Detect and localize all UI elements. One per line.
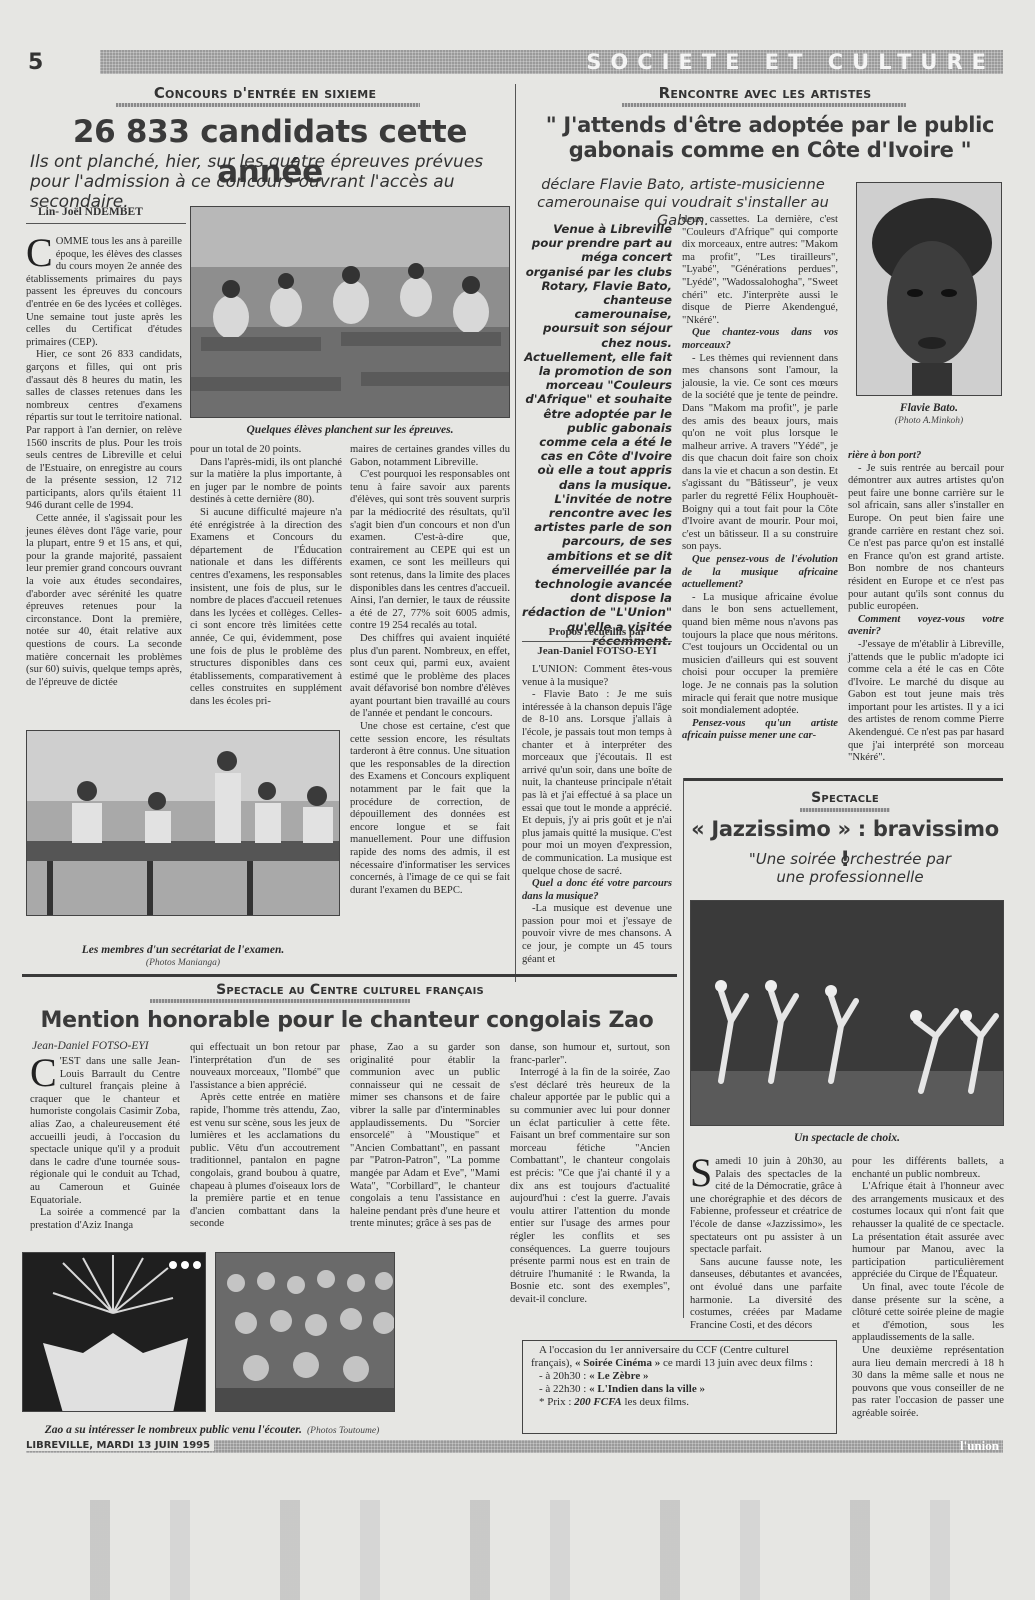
portrait-photo-icon bbox=[857, 183, 1002, 396]
cinema-film-1: - à 20h30 : « Le Zèbre » bbox=[531, 1370, 828, 1383]
zao-kicker-rule bbox=[150, 999, 410, 1003]
column-divider bbox=[515, 84, 516, 982]
portrait-credit: (Photo A.Minkoh) bbox=[856, 416, 1002, 426]
dropcap: C bbox=[30, 1057, 57, 1089]
jazzissimo-kicker-rule bbox=[800, 808, 890, 812]
rencontre-intro: Venue à Libreville pour prendre part au … bbox=[522, 222, 672, 648]
zao-photo-credit: (Photos Toutoume) bbox=[307, 1426, 379, 1436]
jazzissimo-col1: S amedi 10 juin à 20h30, au Palais des s… bbox=[690, 1156, 842, 1332]
concours-byline: Lin- Joël NDEMBET bbox=[38, 206, 143, 218]
dancers-photo bbox=[690, 900, 1004, 1126]
page-number: 5 bbox=[28, 50, 43, 75]
scan-artifact-strip bbox=[0, 1500, 1035, 1600]
jazzissimo-top-rule bbox=[683, 778, 1003, 781]
rencontre-byline-label: Propos recueillis par bbox=[522, 626, 672, 638]
zao-col1: C 'EST dans une salle Jean-Louis Barraul… bbox=[30, 1056, 180, 1232]
concours-col2: pour un total de 20 points. Dans l'après… bbox=[190, 444, 342, 708]
footer-dateline: LIBREVILLE, MARDI 13 JUIN 1995 bbox=[26, 1440, 214, 1451]
cinema-price: * Prix : 200 FCFA les deux films. bbox=[531, 1396, 828, 1409]
cinema-film-2: - à 22h30 : « L'Indien dans la ville » bbox=[531, 1383, 828, 1396]
exam-secretariat-photo bbox=[26, 730, 340, 916]
audience-photo-icon bbox=[216, 1253, 395, 1412]
dropcap: C bbox=[26, 237, 53, 269]
rencontre-col3: rière à bon port? - Je suis rentrée au b… bbox=[848, 450, 1004, 765]
rencontre-col2: deux cassettes. La dernière, c'est "Coul… bbox=[682, 214, 838, 743]
section-banner: SOCIETE ET CULTURE bbox=[100, 50, 1003, 74]
zao-col2: qui effectuait un bon retour par l'inter… bbox=[190, 1042, 340, 1231]
cinema-intro-end: ce mardi 13 juin avec deux films : bbox=[663, 1357, 813, 1369]
zao-col4: danse, son humour et, surtout, son franc… bbox=[510, 1042, 670, 1306]
rencontre-kicker: Rencontre avec les artistes bbox=[620, 84, 910, 102]
dancers-photo-caption: Un spectacle de choix. bbox=[690, 1132, 1004, 1144]
concours-kicker-rule bbox=[116, 103, 420, 107]
rencontre-col1: L'UNION: Comment êtes-vous venue à la mu… bbox=[522, 664, 672, 966]
zao-photo-caption: Zao a su intéresser le nombreux public v… bbox=[45, 1424, 302, 1436]
exam-classroom-photo bbox=[190, 206, 510, 418]
cinema-event: « Soirée Cinéma » bbox=[575, 1357, 660, 1369]
rencontre-byline: Jean-Daniel FOTSO-EYI bbox=[522, 645, 672, 657]
secretariat-photo-credit: (Photos Manianga) bbox=[26, 958, 340, 968]
zao-col3: phase, Zao a su garder son originalité p… bbox=[350, 1042, 500, 1231]
secretariat-photo-icon bbox=[27, 731, 340, 916]
zao-photo-caption-line: Zao a su intéresser le nombreux public v… bbox=[22, 1418, 402, 1437]
dropcap: S bbox=[690, 1157, 712, 1189]
rencontre-headline: " J'attends d'être adoptée par le public… bbox=[540, 113, 1000, 163]
flavie-bato-portrait bbox=[856, 182, 1002, 396]
secretariat-photo-caption: Les membres d'un secrétariat de l'examen… bbox=[26, 944, 340, 956]
zao-photo-icon bbox=[23, 1253, 206, 1412]
dancers-photo-icon bbox=[691, 901, 1004, 1126]
portrait-caption: Flavie Bato. bbox=[856, 402, 1002, 414]
concours-byline-rule bbox=[26, 223, 186, 224]
jazzissimo-col2: pour les différents ballets, a enchanté … bbox=[852, 1156, 1004, 1420]
section-title: SOCIETE ET CULTURE bbox=[586, 50, 995, 74]
jazzissimo-deck: "Une soirée orchestrée par une professio… bbox=[745, 850, 955, 886]
rencontre-byline-block: Propos recueillis par Jean-Daniel FOTSO-… bbox=[522, 626, 672, 657]
classroom-photo-caption: Quelques élèves planchent sur les épreuv… bbox=[190, 424, 510, 436]
zao-kicker: Spectacle au Centre culturel français bbox=[160, 982, 540, 998]
classroom-photo-icon bbox=[191, 207, 510, 418]
zao-top-rule bbox=[22, 974, 677, 977]
cinema-box: A l'occasion du 1er anniversaire du CCF … bbox=[522, 1340, 837, 1434]
zao-headline: Mention honorable pour le chanteur congo… bbox=[22, 1006, 672, 1036]
footer-masthead: l'union bbox=[960, 1438, 999, 1454]
audience-photo bbox=[215, 1252, 395, 1412]
jazzissimo-left-rule bbox=[683, 778, 684, 1318]
jazzissimo-kicker: Spectacle bbox=[760, 790, 930, 806]
zao-stage-photo bbox=[22, 1252, 206, 1412]
concours-col3: maires de certaines grandes villes du Ga… bbox=[350, 444, 510, 897]
concours-deck: Ils ont planché, hier, sur les quatre ép… bbox=[30, 152, 520, 212]
concours-col1: C OMME tous les ans à pareille époque, l… bbox=[26, 236, 182, 689]
concours-kicker: Concours d'entrée en sixieme bbox=[120, 84, 410, 102]
rencontre-kicker-rule bbox=[622, 103, 906, 107]
